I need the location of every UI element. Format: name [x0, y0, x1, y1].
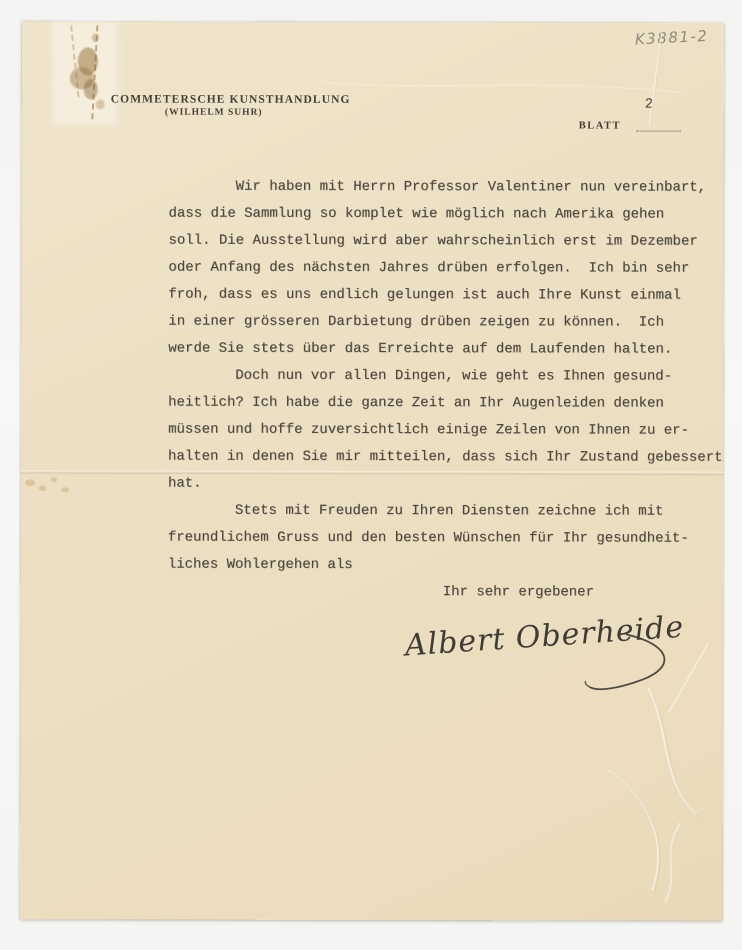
body-line: in einer grösseren Darbietung drüben zei…	[168, 309, 728, 337]
body-line: Stets mit Freuden zu Ihren Diensten zeic…	[168, 498, 728, 526]
fold-crease	[21, 470, 723, 475]
ink-blot	[96, 99, 105, 109]
body-line: froh, dass es uns endlich gelungen ist a…	[168, 282, 728, 310]
letter-body: Wir haben mit Herrn Professor Valentiner…	[168, 174, 729, 607]
body-line: halten in denen Sie mir mitteilen, dass …	[168, 444, 728, 472]
body-line: dass die Sammlung so komplet wie möglich…	[169, 201, 729, 229]
body-line: müssen und hoffe zuversichtlich einige Z…	[168, 417, 728, 445]
pencil-archive-number: K3881-2	[634, 27, 708, 49]
body-line: liches Wohlergehen als	[168, 552, 728, 580]
letterhead: COMMETERSCHE KUNSTHANDLUNG (WILHELM SUHR…	[111, 93, 317, 117]
sheet-number: 2	[645, 97, 653, 113]
valediction: Ihr sehr ergebener	[168, 579, 728, 607]
stain-mark	[52, 21, 118, 125]
body-line: freundlichem Gruss und den besten Wünsch…	[168, 525, 728, 553]
body-line: heitlich? Ich habe die ganze Zeit an Ihr…	[168, 390, 728, 418]
fold-stain-speckles	[21, 473, 81, 507]
ink-blot	[84, 79, 98, 99]
body-line: oder Anfang des nächsten Jahres drüben e…	[168, 255, 728, 283]
sheet-label: BLATT	[579, 120, 621, 131]
ink-blot	[92, 33, 99, 42]
letterhead-company: COMMETERSCHE KUNSTHANDLUNG	[111, 93, 317, 105]
body-line: soll. Die Ausstellung wird aber wahrsche…	[168, 228, 728, 256]
sheet-number-line	[637, 131, 681, 132]
letterhead-subtitle: (WILHELM SUHR)	[111, 107, 317, 117]
body-line: werde Sie stets über das Erreichte auf d…	[168, 336, 728, 364]
letter-page: K3881-2 COMMETERSCHE KUNSTHANDLUNG (WILH…	[20, 21, 724, 920]
body-line: Wir haben mit Herrn Professor Valentiner…	[169, 174, 729, 202]
sheet-number-field: BLATT 2	[579, 102, 699, 133]
signature: Albert Oberheide	[404, 608, 706, 663]
body-line: Doch nun vor allen Dingen, wie geht es I…	[168, 363, 728, 391]
